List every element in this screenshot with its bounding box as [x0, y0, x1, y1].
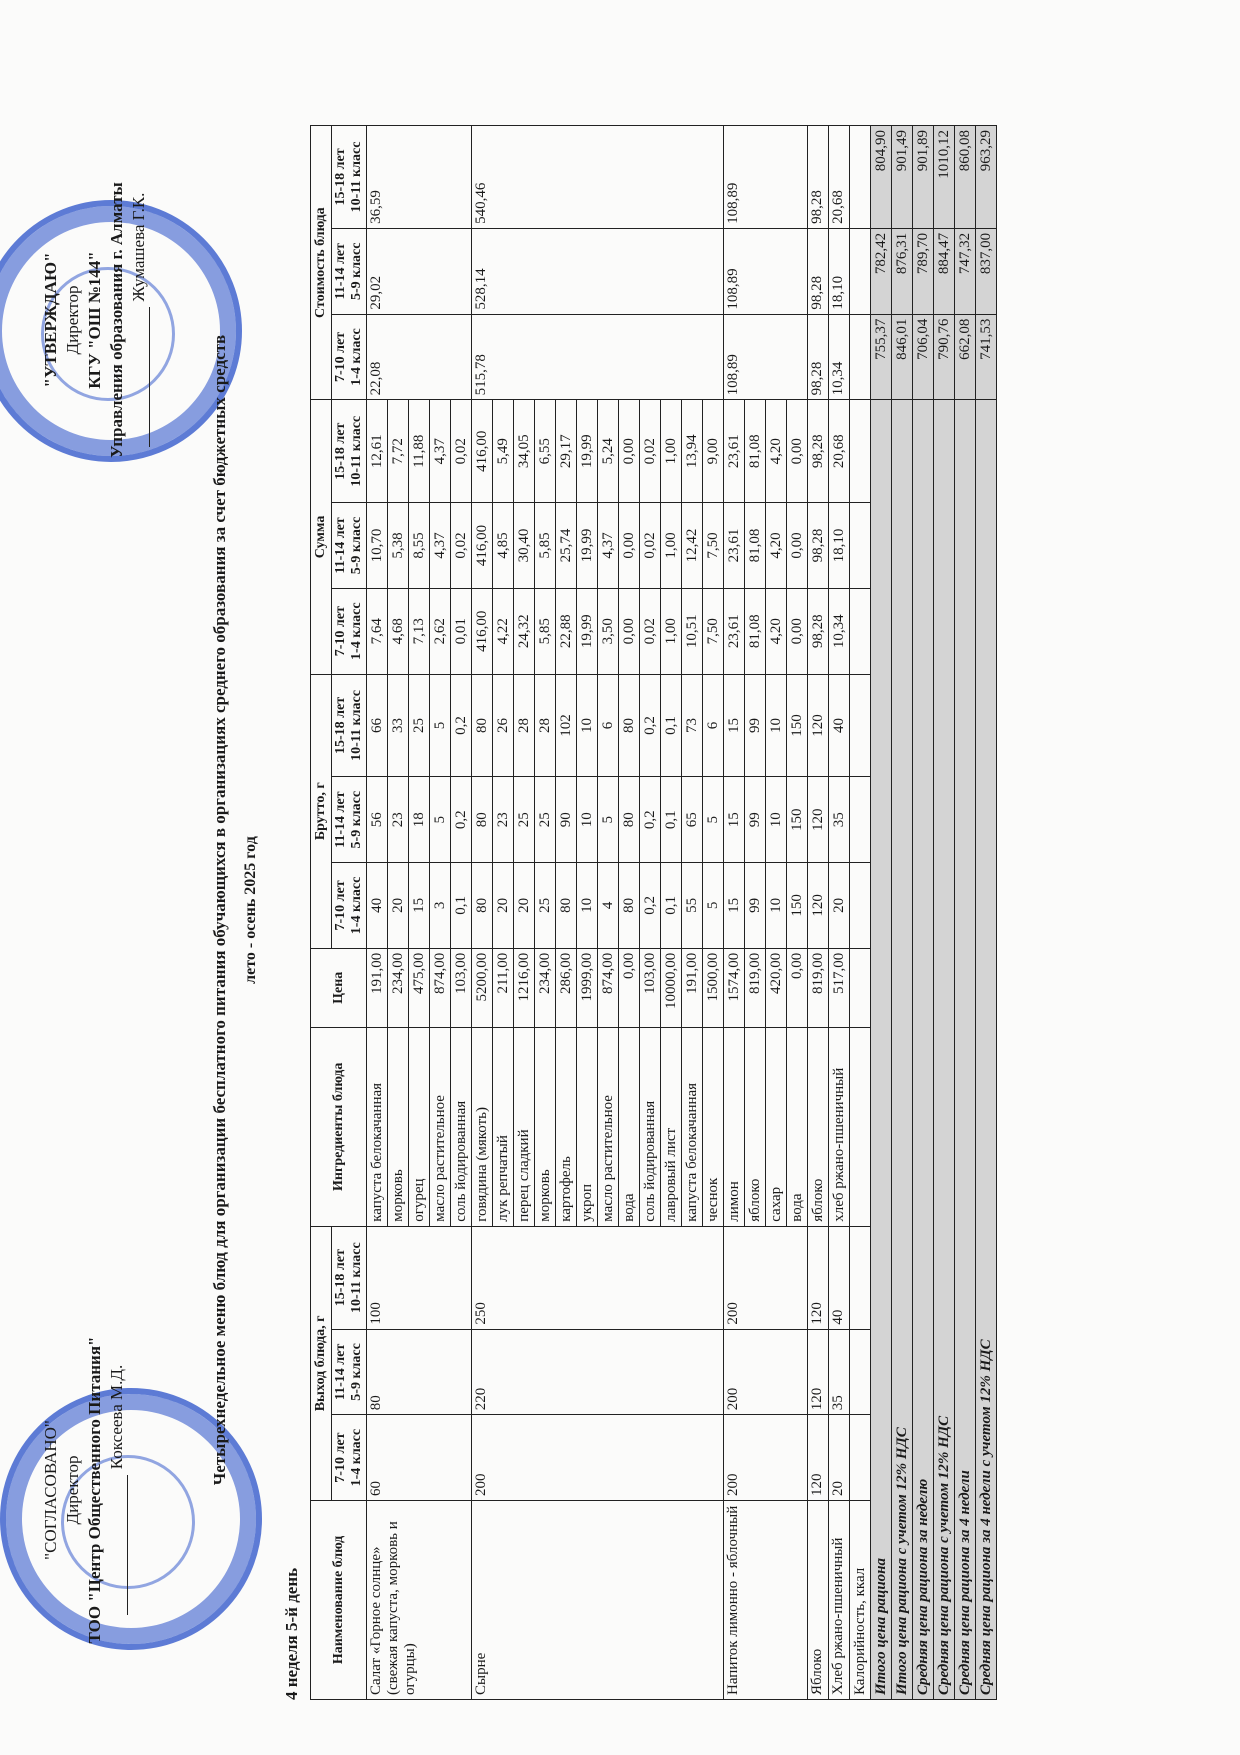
ingredient-name: яблоко [808, 1027, 829, 1226]
ingredient-brutto: 6 [598, 674, 619, 777]
ingredient-price: 874,00 [430, 948, 451, 1027]
summary-label: Итого цена рациона с учетом 12% НДС [892, 400, 913, 1700]
ingredient-name: соль йодированная [451, 1027, 472, 1226]
ingredient-sum: 23,61 [724, 400, 745, 503]
ingredient-name: хлеб ржано-пшеничный [829, 1027, 850, 1226]
ingredient-sum: 19,99 [577, 400, 598, 503]
ingredient-sum: 4,37 [430, 503, 451, 589]
summary-row: Средняя цена рациона с учетом 12% НДС790… [934, 126, 955, 1700]
ingredient-sum: 5,38 [388, 503, 409, 589]
ingredient-sum: 1,00 [661, 588, 682, 674]
ingredient-brutto: 20 [493, 863, 514, 949]
summary-value: 846,01 [892, 314, 913, 400]
ingredient-brutto: 25 [535, 863, 556, 949]
ingredient-brutto: 6 [703, 674, 724, 777]
ingredient-brutto: 5 [703, 777, 724, 863]
ingredient-price: 1574,00 [724, 948, 745, 1027]
ingredient-sum: 7,50 [703, 503, 724, 589]
empty-cell [850, 674, 871, 777]
ingredient-brutto: 90 [556, 777, 577, 863]
empty-cell [850, 126, 871, 229]
dish-output: 20 [829, 1415, 850, 1501]
ingredient-brutto: 10 [577, 777, 598, 863]
table-row: Хлеб ржано-пшеничный203540хлеб ржано-пше… [829, 126, 850, 1700]
dish-output: 120 [808, 1329, 829, 1415]
col-age-2: 11-14 лет5-9 класс [332, 228, 367, 314]
dish-cost: 515,78 [472, 314, 724, 400]
col-age-1: 7-10 лет1-4 класс [332, 863, 367, 949]
ingredient-price: 5200,00 [472, 948, 493, 1027]
ingredient-name: вода [619, 1027, 640, 1226]
ingredient-brutto: 150 [787, 863, 808, 949]
ingredient-brutto: 80 [556, 863, 577, 949]
ingredient-sum: 7,13 [409, 588, 430, 674]
summary-value: 837,00 [976, 228, 997, 314]
summary-value: 706,04 [913, 314, 934, 400]
summary-row: Средняя цена рациона за 4 недели662,0874… [955, 126, 976, 1700]
ingredient-name: морковь [535, 1027, 556, 1226]
ingredient-sum: 4,37 [598, 503, 619, 589]
ingredient-sum: 10,34 [829, 588, 850, 674]
summary-value: 1010,12 [934, 126, 955, 229]
day-label: 4 неделя 5-й день [282, 1568, 302, 1700]
ingredient-brutto: 65 [682, 777, 703, 863]
ingredient-sum: 10,70 [367, 503, 388, 589]
ingredient-price: 819,00 [745, 948, 766, 1027]
ingredient-sum: 4,68 [388, 588, 409, 674]
ingredient-sum: 25,74 [556, 503, 577, 589]
summary-label: Средняя цена рациона за 4 недели [955, 400, 976, 1700]
menu-table: Наименование блюд Выход блюда, г Ингреди… [310, 125, 997, 1700]
summary-value: 790,76 [934, 314, 955, 400]
ingredient-brutto: 10 [577, 674, 598, 777]
ingredient-brutto: 0,2 [640, 674, 661, 777]
dish-cost: 540,46 [472, 126, 724, 229]
ingredient-brutto: 0,1 [661, 777, 682, 863]
ingredient-brutto: 20 [829, 863, 850, 949]
ingredient-brutto: 120 [808, 863, 829, 949]
dish-cost: 98,28 [808, 314, 829, 400]
approval-agreed-block: "СОГЛАСОВАНО" Директор ТОО "Центр Общест… [40, 1280, 128, 1700]
ingredient-price: 103,00 [451, 948, 472, 1027]
approval-approved-org2: Управления образования г. Алматы [106, 120, 128, 520]
ingredient-sum: 98,28 [808, 503, 829, 589]
ingredient-brutto: 10 [766, 863, 787, 949]
summary-value: 782,42 [871, 228, 892, 314]
dish-cost: 108,89 [724, 228, 808, 314]
ingredient-brutto: 99 [745, 777, 766, 863]
ingredient-sum: 0,02 [640, 588, 661, 674]
ingredient-sum: 1,00 [661, 400, 682, 503]
ingredient-brutto: 120 [808, 674, 829, 777]
col-age-2: 11-14 лет5-9 класс [332, 1329, 367, 1415]
col-age-1: 7-10 лет1-4 класс [332, 1415, 367, 1501]
empty-cell [850, 1329, 871, 1415]
dish-output: 250 [472, 1226, 724, 1329]
approval-agreed-position: Директор [62, 1280, 84, 1700]
ingredient-sum: 81,08 [745, 400, 766, 503]
ingredient-sum: 0,00 [787, 400, 808, 503]
ingredient-name: яблоко [745, 1027, 766, 1226]
ingredient-brutto: 80 [472, 777, 493, 863]
ingredient-brutto: 3 [430, 863, 451, 949]
ingredient-price: 1500,00 [703, 948, 724, 1027]
ingredient-sum: 416,00 [472, 503, 493, 589]
ingredient-name: вода [787, 1027, 808, 1226]
summary-label: Средняя цена рациона с учетом 12% НДС [934, 400, 955, 1700]
ingredient-brutto: 28 [514, 674, 535, 777]
ingredient-name: капуста белокачанная [367, 1027, 388, 1226]
dish-cost: 29,02 [367, 228, 472, 314]
ingredient-sum: 81,08 [745, 588, 766, 674]
ingredient-sum: 0,02 [640, 503, 661, 589]
col-age-2: 11-14 лет5-9 класс [332, 503, 367, 589]
ingredient-price: 286,00 [556, 948, 577, 1027]
ingredient-price: 191,00 [682, 948, 703, 1027]
rotated-document: "СОГЛАСОВАНО" Директор ТОО "Центр Общест… [20, 80, 1020, 1740]
summary-row: Итого цена рациона с учетом 12% НДС846,0… [892, 126, 913, 1700]
summary-label: Средняя цена рациона за 4 недели с учето… [976, 400, 997, 1700]
signature-line [135, 307, 150, 447]
calories-label: Калорийность, ккал [850, 1501, 871, 1700]
ingredient-brutto: 102 [556, 674, 577, 777]
ingredient-sum: 0,00 [619, 503, 640, 589]
dish-output: 200 [724, 1226, 808, 1329]
ingredient-brutto: 4 [598, 863, 619, 949]
summary-value: 662,08 [955, 314, 976, 400]
menu-table-body: Салат «Горное солнце» (свежая капуста, м… [367, 126, 997, 1700]
dish-name: Яблоко [808, 1501, 829, 1700]
ingredient-brutto: 23 [388, 777, 409, 863]
ingredient-brutto: 5 [703, 863, 724, 949]
ingredient-brutto: 10 [766, 674, 787, 777]
ingredient-sum: 19,99 [577, 503, 598, 589]
summary-value: 876,31 [892, 228, 913, 314]
ingredient-brutto: 20 [388, 863, 409, 949]
summary-label: Средняя цена рациона за неделю [913, 400, 934, 1700]
ingredient-name: масло растительное [430, 1027, 451, 1226]
col-price: Цена [311, 948, 367, 1027]
ingredient-price: 1999,00 [577, 948, 598, 1027]
ingredient-brutto: 0,1 [661, 674, 682, 777]
ingredient-name: капуста белокачанная [682, 1027, 703, 1226]
ingredient-sum: 0,00 [619, 400, 640, 503]
ingredient-brutto: 15 [724, 777, 745, 863]
summary-value: 901,49 [892, 126, 913, 229]
approval-approved-org: КГУ "ОШ №144" [84, 120, 106, 520]
ingredient-sum: 0,01 [451, 588, 472, 674]
col-group-output: Выход блюда, г [311, 1226, 332, 1500]
document-season: лето - осень 2025 год [242, 80, 260, 1740]
scanned-page: "СОГЛАСОВАНО" Директор ТОО "Центр Общест… [0, 0, 1240, 1755]
approval-approved-block: "УТВЕРЖДАЮ" Директор КГУ "ОШ №144" Управ… [40, 120, 150, 520]
dish-cost: 98,28 [808, 126, 829, 229]
dish-output: 80 [367, 1329, 472, 1415]
ingredient-brutto: 150 [787, 777, 808, 863]
dish-cost: 108,89 [724, 126, 808, 229]
approval-approved-position: Директор [62, 120, 84, 520]
ingredient-brutto: 33 [388, 674, 409, 777]
col-age-3: 15-18 лет10-11 класс [332, 1226, 367, 1329]
ingredient-sum: 29,17 [556, 400, 577, 503]
approval-agreed-signer: Коксеева М.Д. [107, 1365, 126, 1469]
table-row: Яблоко120120120яблоко819,0012012012098,2… [808, 126, 829, 1700]
ingredient-brutto: 80 [619, 777, 640, 863]
ingredient-sum: 12,42 [682, 503, 703, 589]
empty-cell [850, 228, 871, 314]
empty-cell [850, 1027, 871, 1226]
ingredient-sum: 3,50 [598, 588, 619, 674]
ingredient-brutto: 15 [724, 863, 745, 949]
ingredient-name: сахар [766, 1027, 787, 1226]
ingredient-name: огурец [409, 1027, 430, 1226]
dish-cost: 528,14 [472, 228, 724, 314]
ingredient-price: 10000,00 [661, 948, 682, 1027]
ingredient-sum: 24,32 [514, 588, 535, 674]
approval-agreed-label: "СОГЛАСОВАНО" [40, 1280, 62, 1700]
ingredient-sum: 0,00 [787, 503, 808, 589]
ingredient-sum: 20,68 [829, 400, 850, 503]
col-group-cost: Стоимость блюда [311, 126, 332, 400]
ingredient-price: 191,00 [367, 948, 388, 1027]
ingredient-sum: 98,28 [808, 588, 829, 674]
ingredient-name: чеснок [703, 1027, 724, 1226]
empty-cell [850, 1226, 871, 1329]
empty-cell [850, 1415, 871, 1501]
ingredient-sum: 416,00 [472, 400, 493, 503]
ingredient-sum: 34,05 [514, 400, 535, 503]
table-row: Салат «Горное солнце» (свежая капуста, м… [367, 126, 388, 1700]
ingredient-price: 0,00 [619, 948, 640, 1027]
ingredient-sum: 5,49 [493, 400, 514, 503]
ingredient-brutto: 35 [829, 777, 850, 863]
ingredient-sum: 7,64 [367, 588, 388, 674]
approval-agreed-org: ТОО "Центр Общественного Питания" [84, 1280, 106, 1700]
ingredient-name: лук репчатый [493, 1027, 514, 1226]
ingredient-sum: 0,02 [451, 503, 472, 589]
dish-name: Салат «Горное солнце» (свежая капуста, м… [367, 1501, 472, 1700]
ingredient-name: морковь [388, 1027, 409, 1226]
ingredient-name: лавровый лист [661, 1027, 682, 1226]
ingredient-sum: 1,00 [661, 503, 682, 589]
ingredient-brutto: 0,1 [661, 863, 682, 949]
empty-cell [850, 777, 871, 863]
ingredient-sum: 5,24 [598, 400, 619, 503]
empty-cell [850, 400, 871, 503]
ingredient-sum: 30,40 [514, 503, 535, 589]
ingredient-price: 475,00 [409, 948, 430, 1027]
ingredient-brutto: 80 [619, 674, 640, 777]
summary-value: 963,29 [976, 126, 997, 229]
dish-output: 200 [724, 1415, 808, 1501]
ingredient-name: укроп [577, 1027, 598, 1226]
dish-cost: 22,08 [367, 314, 472, 400]
ingredient-sum: 22,88 [556, 588, 577, 674]
dish-name: Хлеб ржано-пшеничный [829, 1501, 850, 1700]
ingredient-sum: 7,72 [388, 400, 409, 503]
dish-output: 200 [472, 1415, 724, 1501]
ingredient-brutto: 20 [514, 863, 535, 949]
ingredient-sum: 19,99 [577, 588, 598, 674]
dish-cost: 98,28 [808, 228, 829, 314]
ingredient-sum: 12,61 [367, 400, 388, 503]
ingredient-brutto: 66 [367, 674, 388, 777]
summary-value: 884,47 [934, 228, 955, 314]
ingredient-sum: 18,10 [829, 503, 850, 589]
ingredient-name: лимон [724, 1027, 745, 1226]
ingredient-sum: 4,22 [493, 588, 514, 674]
ingredient-brutto: 0,2 [640, 863, 661, 949]
approval-approved-signer: Жумашева Г.К. [129, 193, 148, 302]
ingredient-brutto: 5 [598, 777, 619, 863]
ingredient-sum: 4,85 [493, 503, 514, 589]
summary-row: Итого цена рациона755,37782,42804,90 [871, 126, 892, 1700]
summary-value: 755,37 [871, 314, 892, 400]
summary-value: 860,08 [955, 126, 976, 229]
col-age-1: 7-10 лет1-4 класс [332, 588, 367, 674]
ingredient-sum: 5,85 [535, 503, 556, 589]
ingredient-brutto: 40 [367, 863, 388, 949]
ingredient-brutto: 0,2 [640, 777, 661, 863]
ingredient-sum: 5,85 [535, 588, 556, 674]
ingredient-brutto: 10 [766, 777, 787, 863]
ingredient-price: 819,00 [808, 948, 829, 1027]
ingredient-brutto: 18 [409, 777, 430, 863]
col-age-3: 15-18 лет10-11 класс [332, 126, 367, 229]
ingredient-sum: 2,62 [430, 588, 451, 674]
dish-output: 120 [808, 1415, 829, 1501]
dish-output: 120 [808, 1226, 829, 1329]
ingredient-sum: 0,00 [619, 588, 640, 674]
approval-approved-label: "УТВЕРЖДАЮ" [40, 120, 62, 520]
empty-cell [850, 948, 871, 1027]
ingredient-brutto: 0,2 [451, 674, 472, 777]
col-dish-name: Наименование блюд [311, 1501, 367, 1700]
dish-name: Напиток лимонно - яблочный [724, 1501, 808, 1700]
ingredient-sum: 98,28 [808, 400, 829, 503]
empty-cell [850, 503, 871, 589]
ingredient-price: 103,00 [640, 948, 661, 1027]
ingredient-name: картофель [556, 1027, 577, 1226]
ingredient-sum: 11,88 [409, 400, 430, 503]
ingredient-price: 234,00 [535, 948, 556, 1027]
ingredient-brutto: 150 [787, 674, 808, 777]
ingredient-name: говядина (мякоть) [472, 1027, 493, 1226]
document-title: Четырехнедельное меню блюд для организац… [210, 80, 230, 1740]
dish-output: 35 [829, 1329, 850, 1415]
ingredient-brutto: 40 [829, 674, 850, 777]
ingredient-sum: 6,55 [535, 400, 556, 503]
ingredient-brutto: 0,2 [451, 777, 472, 863]
empty-cell [850, 314, 871, 400]
ingredient-name: масло растительное [598, 1027, 619, 1226]
ingredient-name: перец сладкий [514, 1027, 535, 1226]
ingredient-sum: 7,50 [703, 588, 724, 674]
ingredient-price: 517,00 [829, 948, 850, 1027]
ingredient-sum: 4,20 [766, 588, 787, 674]
dish-output: 40 [829, 1226, 850, 1329]
ingredient-sum: 8,55 [409, 503, 430, 589]
ingredient-brutto: 73 [682, 674, 703, 777]
ingredient-brutto: 80 [619, 863, 640, 949]
ingredient-sum: 4,37 [430, 400, 451, 503]
ingredient-price: 1216,00 [514, 948, 535, 1027]
ingredient-sum: 81,08 [745, 503, 766, 589]
ingredient-brutto: 25 [514, 777, 535, 863]
ingredient-brutto: 0,1 [451, 863, 472, 949]
dish-cost: 18,10 [829, 228, 850, 314]
dish-name: Сырне [472, 1501, 724, 1700]
ingredient-brutto: 99 [745, 674, 766, 777]
dish-cost: 36,59 [367, 126, 472, 229]
ingredient-sum: 10,51 [682, 588, 703, 674]
table-row: Напиток лимонно - яблочный200200200лимон… [724, 126, 745, 1700]
ingredient-price: 211,00 [493, 948, 514, 1027]
col-ingredients: Ингредиенты блюда [311, 1027, 367, 1226]
ingredient-brutto: 56 [367, 777, 388, 863]
col-age-3: 15-18 лет10-11 класс [332, 400, 367, 503]
summary-value: 747,32 [955, 228, 976, 314]
ingredient-sum: 0,02 [640, 400, 661, 503]
ingredient-brutto: 80 [472, 863, 493, 949]
dish-cost: 108,89 [724, 314, 808, 400]
ingredient-sum: 9,00 [703, 400, 724, 503]
ingredient-brutto: 5 [430, 777, 451, 863]
col-age-1: 7-10 лет1-4 класс [332, 314, 367, 400]
ingredient-brutto: 10 [577, 863, 598, 949]
ingredient-sum: 23,61 [724, 503, 745, 589]
age-header-row: 7-10 лет1-4 класс11-14 лет5-9 класс15-18… [332, 126, 367, 1700]
col-age-2: 11-14 лет5-9 класс [332, 777, 367, 863]
ingredient-brutto: 23 [493, 777, 514, 863]
calories-row: Калорийность, ккал [850, 126, 871, 1700]
ingredient-sum: 4,20 [766, 503, 787, 589]
summary-label: Итого цена рациона [871, 400, 892, 1700]
ingredient-brutto: 25 [535, 777, 556, 863]
col-group-sum: Сумма [311, 400, 332, 674]
ingredient-brutto: 25 [409, 674, 430, 777]
ingredient-brutto: 120 [808, 777, 829, 863]
dish-output: 200 [724, 1329, 808, 1415]
ingredient-price: 234,00 [388, 948, 409, 1027]
dish-output: 220 [472, 1329, 724, 1415]
ingredient-brutto: 28 [535, 674, 556, 777]
table-row: Сырне200220250говядина (мякоть)5200,0080… [472, 126, 493, 1700]
dish-cost: 20,68 [829, 126, 850, 229]
summary-row: Средняя цена рациона за 4 недели с учето… [976, 126, 997, 1700]
dish-output: 100 [367, 1226, 472, 1329]
ingredient-sum: 13,94 [682, 400, 703, 503]
signature-line [113, 1475, 128, 1615]
col-age-3: 15-18 лет10-11 класс [332, 674, 367, 777]
empty-cell [850, 863, 871, 949]
summary-row: Средняя цена рациона за неделю706,04789,… [913, 126, 934, 1700]
ingredient-sum: 23,61 [724, 588, 745, 674]
summary-value: 741,53 [976, 314, 997, 400]
summary-value: 804,90 [871, 126, 892, 229]
ingredient-sum: 4,20 [766, 400, 787, 503]
col-group-brutto: Брутто, г [311, 674, 332, 948]
empty-cell [850, 588, 871, 674]
ingredient-sum: 0,00 [787, 588, 808, 674]
ingredient-brutto: 15 [409, 863, 430, 949]
ingredient-brutto: 5 [430, 674, 451, 777]
ingredient-brutto: 99 [745, 863, 766, 949]
ingredient-brutto: 15 [724, 674, 745, 777]
ingredient-name: соль йодированная [640, 1027, 661, 1226]
ingredient-price: 874,00 [598, 948, 619, 1027]
summary-value: 901,89 [913, 126, 934, 229]
